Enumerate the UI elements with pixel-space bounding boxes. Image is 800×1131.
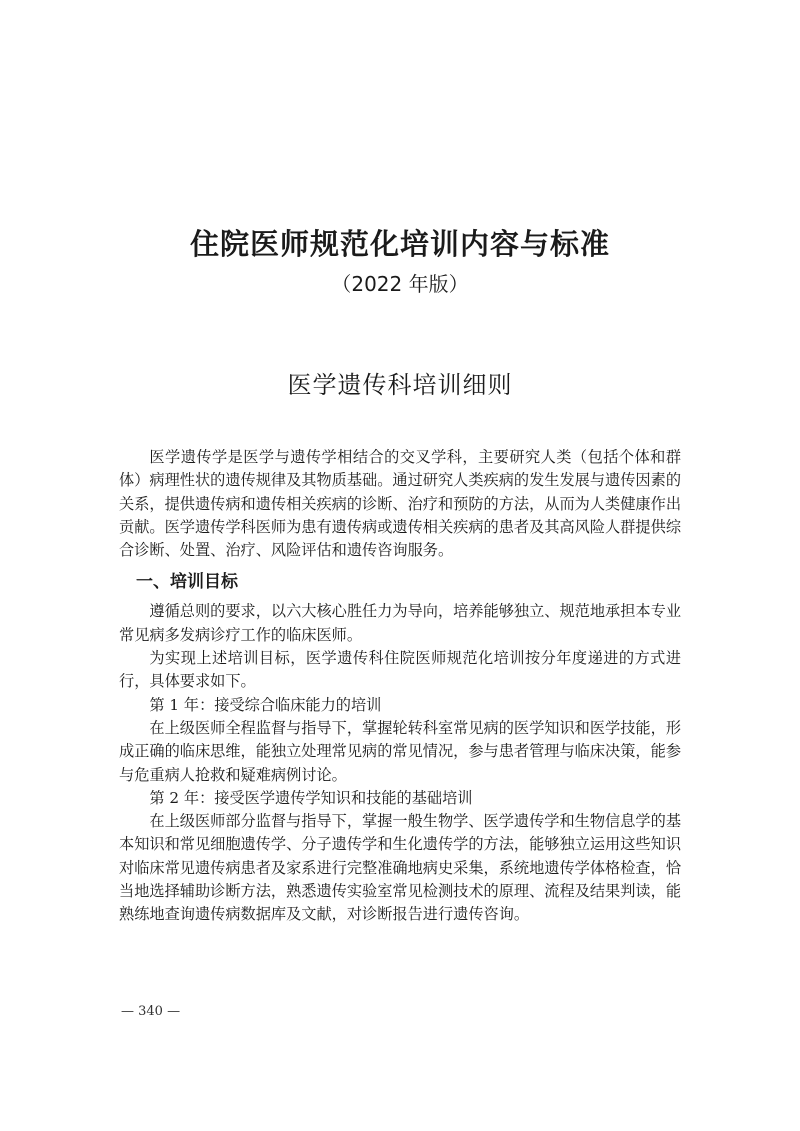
page-number: — 340 — [121,1004,180,1019]
paragraph: 为实现上述培训目标，医学遗传科住院医师规范化培训按分年度递进的方式进行，具体要求… [119,647,681,694]
paragraph: 遵循总则的要求，以六大核心胜任力为导向，培养能够独立、规范地承担本专业常见病多发… [119,600,681,647]
intro-paragraph: 医学遗传学是医学与遗传学相结合的交叉学科，主要研究人类（包括个体和群体）病理性状… [119,446,681,562]
section-title: 医学遗传科培训细则 [0,369,800,401]
document-page: 住院医师规范化培训内容与标准 （2022 年版） 医学遗传科培训细则 医学遗传学… [0,0,800,1131]
document-subtitle: （2022 年版） [0,271,800,297]
year-1-heading: 第 1 年：接受综合临床能力的培训 [119,694,681,717]
paragraph: 在上级医师部分监督与指导下，掌握一般生物学、医学遗传学和生物信息学的基本知识和常… [119,810,681,926]
paragraph: 在上级医师全程监督与指导下，掌握轮转科室常见病的医学知识和医学技能，形成正确的临… [119,717,681,787]
document-body: 医学遗传学是医学与遗传学相结合的交叉学科，主要研究人类（包括个体和群体）病理性状… [119,446,681,927]
heading-training-goals: 一、培训目标 [119,570,681,594]
document-title: 住院医师规范化培训内容与标准 [0,226,800,262]
year-2-heading: 第 2 年：接受医学遗传学知识和技能的基础培训 [119,787,681,810]
